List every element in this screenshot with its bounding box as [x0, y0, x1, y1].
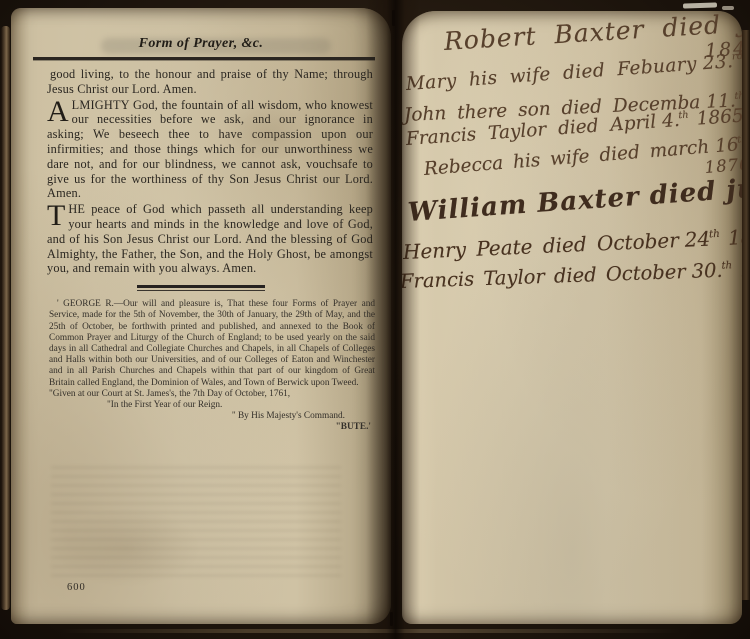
- entry-ordinal: th: [721, 260, 732, 271]
- entry-text: William Baxter died july: [407, 172, 742, 228]
- entry-ordinal: th: [737, 134, 742, 146]
- page-edge-bottom: [60, 629, 680, 633]
- paragraph-text: good living, to the honour and praise of…: [47, 67, 373, 96]
- entry-text: Robert Baxter died July: [443, 11, 742, 56]
- entry-year: 1865: [696, 105, 742, 129]
- page-edge-stack-left: [1, 26, 10, 610]
- running-header: Form of Prayer, &c.: [11, 36, 391, 52]
- left-page: Form of Prayer, &c. good living, to the …: [11, 8, 391, 624]
- royal-proclamation-footnote: ' GEORGE R.—Our will and pleasure is, Th…: [49, 299, 375, 433]
- entry-ordinal: th: [709, 228, 720, 240]
- ink-bleed-through: [51, 460, 341, 580]
- register-entry-robert-baxter: Robert Baxter died July13th1841: [443, 11, 742, 56]
- footnote-body: ' GEORGE R.—Our will and pleasure is, Th…: [49, 299, 375, 389]
- header-rule: [33, 57, 375, 60]
- entry-year: 1884: [740, 256, 742, 281]
- footnote-given-line: "Given at our Court at St. James's, the …: [49, 389, 375, 400]
- entry-text: Francis Taylor died October: [402, 260, 686, 293]
- prayer-paragraph: ALMIGHTY God, the fountain of all wisdom…: [47, 98, 373, 202]
- paint-speck: [722, 6, 734, 10]
- entry-year: 1880: [727, 224, 742, 250]
- drop-cap: T: [47, 202, 68, 228]
- binding-stitch: [392, 10, 395, 26]
- entry-ordinal: th: [734, 90, 742, 101]
- entry-day: 30.: [691, 259, 723, 283]
- entry-ordinal: rd: [732, 51, 742, 63]
- footnote-signature: "BUTE.': [49, 422, 375, 433]
- register-entry-francis-taylor-1884: Francis Taylor died October30.th1884: [402, 256, 742, 293]
- paper-stain: [221, 103, 311, 163]
- prayer-paragraph: THE peace of God which passeth all under…: [47, 202, 373, 276]
- entry-day: 16: [714, 134, 739, 157]
- register-entry-henry-peate: Henry Peate died October24th1880: [402, 224, 742, 264]
- entry-day: 23.: [702, 51, 734, 74]
- paragraph-text: LMIGHTY God, the fountain of all wisdom,…: [47, 98, 373, 201]
- binding-stitch: [390, 612, 393, 626]
- entry-ordinal: th: [678, 110, 689, 122]
- page-edge-stack-right: [742, 30, 750, 600]
- entry-text: Henry Peate died October: [402, 228, 679, 264]
- paragraph-text: HE peace of God which passeth all unders…: [47, 202, 373, 275]
- footnote-reign-line: "In the First Year of our Reign.: [49, 400, 375, 411]
- footnote-command-line: " By His Majesty's Command.: [49, 411, 375, 422]
- paint-speck: [683, 2, 717, 8]
- prayer-paragraph: good living, to the honour and praise of…: [47, 67, 373, 97]
- footnote-separator-rule: [137, 285, 265, 291]
- entry-year: 1876: [704, 154, 742, 177]
- entry-text: Mary his wife died Febuary: [405, 54, 697, 95]
- open-book-photo: Form of Prayer, &c. good living, to the …: [0, 0, 750, 639]
- drop-cap: A: [47, 98, 72, 124]
- page-number: 600: [67, 582, 86, 593]
- entry-day: 24: [684, 227, 710, 252]
- right-page: Robert Baxter died July13th1841 Mary his…: [402, 11, 742, 624]
- prayer-text-column: good living, to the honour and praise of…: [47, 67, 373, 276]
